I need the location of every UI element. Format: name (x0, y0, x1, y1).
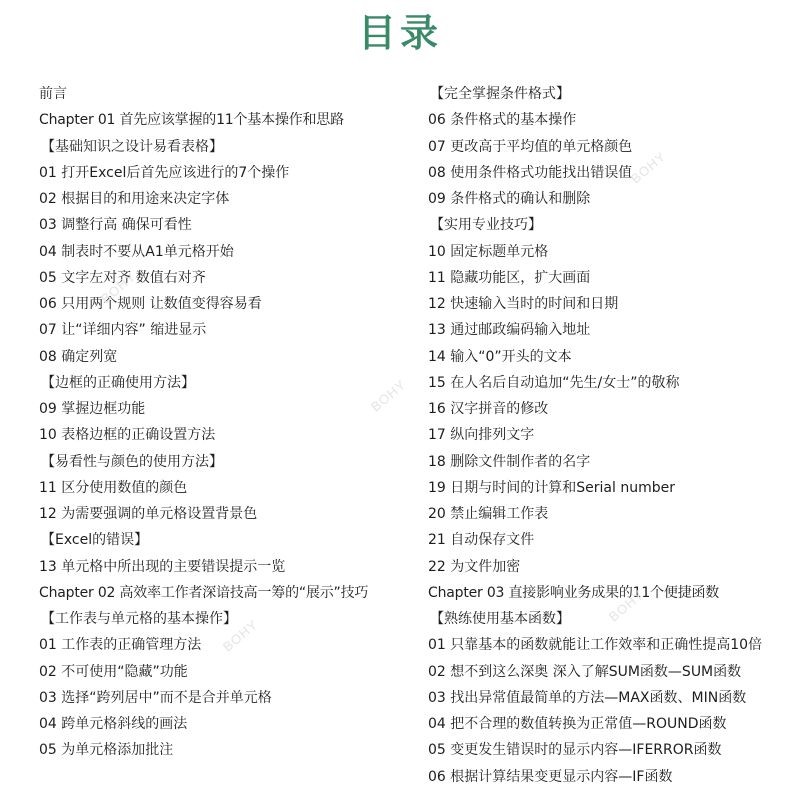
toc-entry: 11 区分使用数值的颜色 (39, 475, 409, 501)
toc-section-heading: 【易看性与颜色的使用方法】 (39, 449, 409, 475)
toc-entry: 07 让“详细内容” 缩进显示 (39, 317, 409, 343)
toc-entry: 10 表格边框的正确设置方法 (39, 422, 409, 448)
toc-entry: 15 在人名后自动追加“先生/女士”的敬称 (428, 370, 798, 396)
toc-entry: 17 纵向排列文字 (428, 422, 798, 448)
toc-entry: 03 调整行高 确保可看性 (39, 212, 409, 238)
toc-entry: 12 为需要强调的单元格设置背景色 (39, 501, 409, 527)
toc-right-column: 【完全掌握条件格式】06 条件格式的基本操作07 更改高于平均值的单元格颜色08… (428, 81, 798, 790)
toc-entry: 20 禁止编辑工作表 (428, 501, 798, 527)
toc-entry: 07 更改高于平均值的单元格颜色 (428, 134, 798, 160)
toc-section-heading: 【基础知识之设计易看表格】 (39, 134, 409, 160)
toc-entry: 22 为文件加密 (428, 554, 798, 580)
toc-entry: 09 条件格式的确认和删除 (428, 186, 798, 212)
toc-entry: 08 使用条件格式功能找出错误值 (428, 160, 798, 186)
toc-entry: 16 汉字拼音的修改 (428, 396, 798, 422)
toc-section-heading: 【工作表与单元格的基本操作】 (39, 606, 409, 632)
toc-chapter-heading: Chapter 03 直接影响业务成果的11个便捷函数 (428, 580, 798, 606)
toc-entry: 14 输入“0”开头的文本 (428, 344, 798, 370)
toc-entry: 13 通过邮政编码输入地址 (428, 317, 798, 343)
toc-entry: 12 快速输入当时的时间和日期 (428, 291, 798, 317)
toc-section-heading: 【边框的正确使用方法】 (39, 370, 409, 396)
toc-entry: 02 想不到这么深奥 深入了解SUM函数—SUM函数 (428, 659, 798, 685)
page-title: 目录 (0, 8, 800, 58)
toc-entry: 02 不可使用“隐藏”功能 (39, 659, 409, 685)
toc-entry: 11 隐藏功能区，扩大画面 (428, 265, 798, 291)
toc-entry: 04 跨单元格斜线的画法 (39, 711, 409, 737)
toc-entry: 05 文字左对齐 数值右对齐 (39, 265, 409, 291)
toc-entry: 18 删除文件制作者的名字 (428, 449, 798, 475)
toc-chapter-heading: Chapter 02 高效率工作者深谙技高一筹的“展示”技巧 (39, 580, 409, 606)
toc-entry: 04 制表时不要从A1单元格开始 (39, 239, 409, 265)
toc-entry: 06 根据计算结果变更显示内容—IF函数 (428, 764, 798, 790)
toc-entry: 06 条件格式的基本操作 (428, 107, 798, 133)
toc-section-heading: 【完全掌握条件格式】 (428, 81, 798, 107)
toc-chapter-heading: Chapter 01 首先应该掌握的11个基本操作和思路 (39, 107, 409, 133)
toc-entry: 09 掌握边框功能 (39, 396, 409, 422)
toc-entry: 03 选择“跨列居中”而不是合并单元格 (39, 685, 409, 711)
toc-entry: 前言 (39, 81, 409, 107)
toc-entry: 03 找出异常值最简单的方法—MAX函数、MIN函数 (428, 685, 798, 711)
toc-entry: 01 只靠基本的函数就能让工作效率和正确性提高10倍 (428, 632, 798, 658)
toc-entry: 13 单元格中所出现的主要错误提示一览 (39, 554, 409, 580)
toc-entry: 05 为单元格添加批注 (39, 737, 409, 763)
toc-entry: 04 把不合理的数值转换为正常值—ROUND函数 (428, 711, 798, 737)
toc-entry: 21 自动保存文件 (428, 527, 798, 553)
toc-entry: 02 根据目的和用途来决定字体 (39, 186, 409, 212)
toc-left-column: 前言Chapter 01 首先应该掌握的11个基本操作和思路【基础知识之设计易看… (39, 81, 409, 764)
toc-section-heading: 【熟练使用基本函数】 (428, 606, 798, 632)
toc-entry: 10 固定标题单元格 (428, 239, 798, 265)
toc-entry: 01 打开Excel后首先应该进行的7个操作 (39, 160, 409, 186)
toc-entry: 19 日期与时间的计算和Serial number (428, 475, 798, 501)
toc-entry: 01 工作表的正确管理方法 (39, 632, 409, 658)
toc-entry: 05 变更发生错误时的显示内容—IFERROR函数 (428, 737, 798, 763)
toc-entry: 08 确定列宽 (39, 344, 409, 370)
toc-entry: 06 只用两个规则 让数值变得容易看 (39, 291, 409, 317)
toc-section-heading: 【Excel的错误】 (39, 527, 409, 553)
toc-section-heading: 【实用专业技巧】 (428, 212, 798, 238)
